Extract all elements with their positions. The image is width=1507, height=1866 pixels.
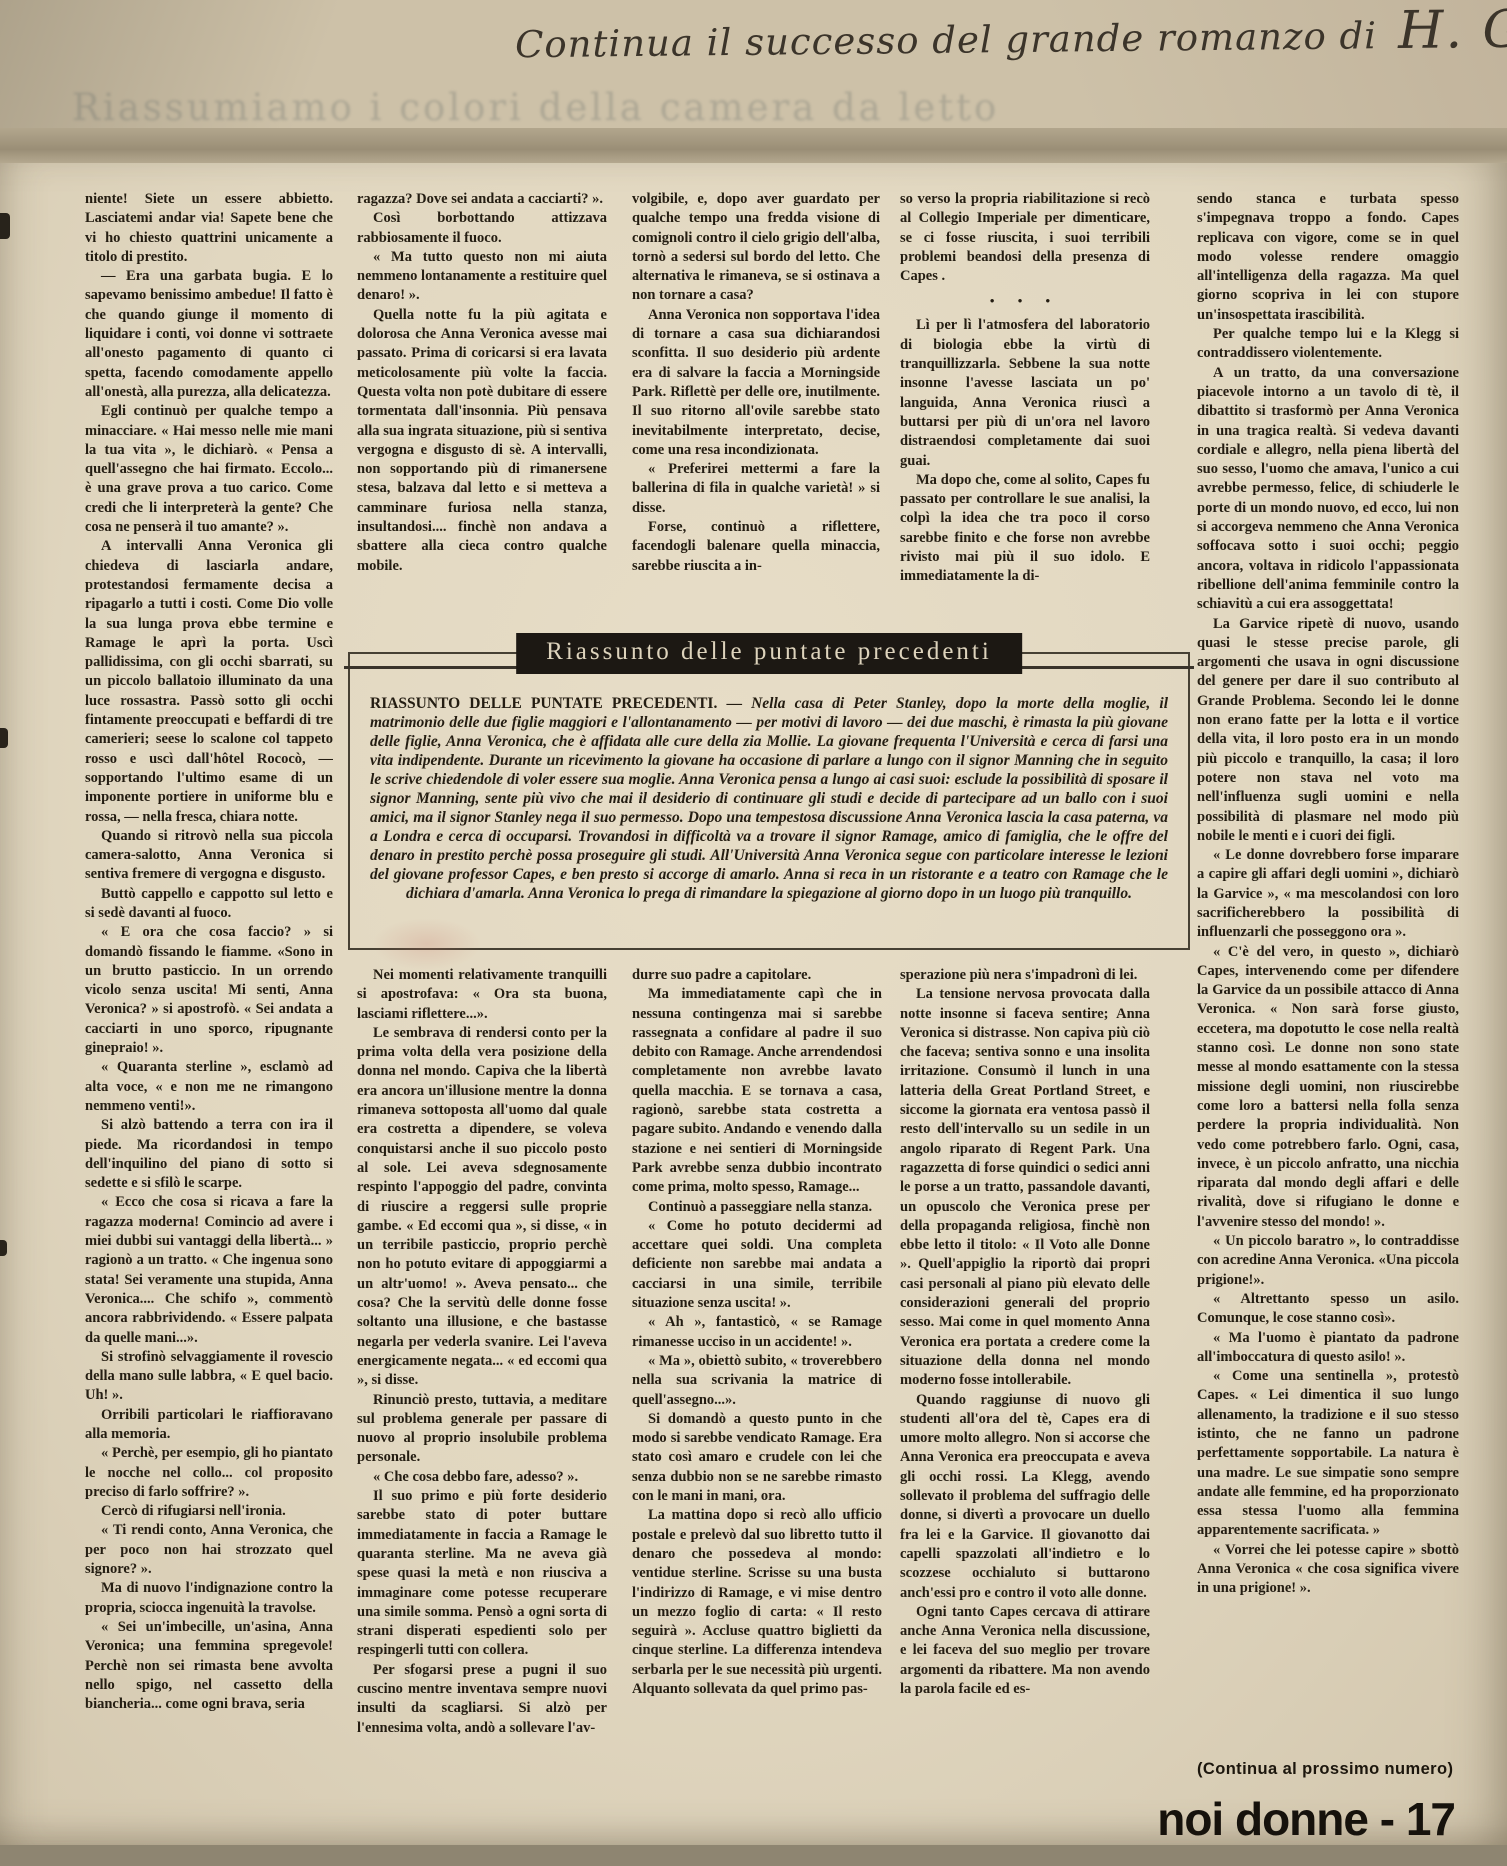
- paragraph: « Ecco che cosa si ricava a fare la raga…: [85, 1193, 333, 1347]
- paragraph: La tensione nervosa provocata dalla nott…: [900, 985, 1150, 1390]
- paragraph: « Sei un'imbecille, un'asina, Anna Veron…: [85, 1618, 333, 1714]
- paragraph: • • •: [900, 286, 1150, 316]
- photo-edge-mark: [0, 728, 8, 748]
- paragraph: Così borbottando attizzava rabbiosamente…: [357, 209, 607, 248]
- magazine-logo-page-number: noi donne - 17: [1157, 1792, 1455, 1846]
- paragraph: « C'è del vero, in questo », dichiarò Ca…: [1197, 943, 1459, 1232]
- text-column-2-lower: Nei momenti relativamente tranquilli si …: [357, 966, 607, 1804]
- paragraph: Ma immediatamente capì che in nessuna co…: [632, 985, 882, 1197]
- paragraph: Per qualche tempo lui e la Klegg si cont…: [1197, 325, 1459, 364]
- paragraph: so verso la propria riabilitazione si re…: [900, 190, 1150, 286]
- summary-lead: RIASSUNTO DELLE PUNTATE PRECEDENTI. —: [370, 695, 751, 712]
- paragraph: « Come una sentinella », protestò Capes.…: [1197, 1367, 1459, 1541]
- paragraph: A un tratto, da una conversazione piacev…: [1197, 364, 1459, 615]
- text-column-2-upper: ragazza? Dove sei andata a cacciarti? ».…: [357, 190, 607, 630]
- paragraph: « Ma », obiettò subito, « troverebbero n…: [632, 1352, 882, 1410]
- paragraph: « Quaranta sterline », esclamò ad alta v…: [85, 1058, 333, 1116]
- paragraph: Continuò a passeggiare nella stanza.: [632, 1198, 882, 1217]
- paragraph: Lì per lì l'atmosfera del laboratorio di…: [900, 316, 1150, 470]
- continuation-notice: (Continua al prossimo numero): [1197, 1760, 1453, 1779]
- script-headline-text: Continua il successo del grande romanzo …: [515, 14, 1377, 66]
- paragraph: Quella notte fu la più agitata e doloros…: [357, 306, 607, 576]
- paragraph: Rinunciò presto, tuttavia, a meditare su…: [357, 1391, 607, 1468]
- photo-edge-mark: [0, 213, 10, 239]
- paragraph: La mattina dopo si recò allo ufficio pos…: [632, 1506, 882, 1699]
- paragraph: Quando raggiunse di nuovo gli studenti a…: [900, 1391, 1150, 1603]
- summary-body: Nella casa di Peter Stanley, dopo la mor…: [370, 695, 1168, 902]
- paragraph: volgibile, e, dopo aver guardato per qua…: [632, 190, 880, 306]
- summary-box-text: RIASSUNTO DELLE PUNTATE PRECEDENTI. — Ne…: [370, 694, 1168, 940]
- paragraph: « Ma l'uomo è piantato da padrone all'im…: [1197, 1329, 1459, 1368]
- paragraph: Forse, continuò a riflettere, facendogli…: [632, 518, 880, 576]
- paragraph: Quando si ritrovò nella sua piccola came…: [85, 827, 333, 885]
- magazine-page: Riassumiamo i colori della camera da let…: [0, 0, 1507, 1866]
- paragraph: Buttò cappello e cappotto sul letto e si…: [85, 885, 333, 924]
- photo-edge-mark: [0, 1240, 7, 1256]
- paragraph: « Ma tutto questo non mi aiuta nemmeno l…: [357, 248, 607, 306]
- text-column-1: niente! Siete un essere abbietto. Lascia…: [85, 190, 333, 1802]
- summary-box: Riassunto delle puntate precedenti RIASS…: [348, 652, 1190, 950]
- paragraph: Si alzò battendo a terra con ira il pied…: [85, 1116, 333, 1193]
- paragraph: « Le donne dovrebbero forse imparare a c…: [1197, 846, 1459, 942]
- paragraph: niente! Siete un essere abbietto. Lascia…: [85, 190, 333, 267]
- paragraph: Egli continuò per qualche tempo a minacc…: [85, 402, 333, 537]
- paragraph: Nei momenti relativamente tranquilli si …: [357, 966, 607, 1024]
- paragraph: La Garvice ripetè di nuovo, usando quasi…: [1197, 615, 1459, 847]
- show-through-ghost-text: Riassumiamo i colori della camera da let…: [72, 86, 1032, 129]
- paragraph: sperazione più nera s'impadronì di lei.: [900, 966, 1150, 985]
- photo-bottom-edge: [0, 1845, 1507, 1866]
- paragraph: ragazza? Dove sei andata a cacciarti? ».: [357, 190, 607, 209]
- paragraph: « Perchè, per esempio, gli ho piantato l…: [85, 1444, 333, 1502]
- summary-box-title: Riassunto delle puntate precedenti: [516, 633, 1022, 674]
- text-column-4-lower: sperazione più nera s'impadronì di lei.L…: [900, 966, 1150, 1804]
- paragraph: durre suo padre a capitolare.: [632, 966, 882, 985]
- paragraph: « Ti rendi conto, Anna Veronica, che per…: [85, 1521, 333, 1579]
- paragraph: Ma dopo che, come al solito, Capes fu pa…: [900, 471, 1150, 587]
- paragraph: Per sfogarsi prese a pugni il suo cuscin…: [357, 1661, 607, 1738]
- paragraph: A intervalli Anna Veronica gli chiedeva …: [85, 537, 333, 826]
- paragraph: — Era una garbata bugia. E lo sapevamo b…: [85, 267, 333, 402]
- author-name: H. G. Wells: [1398, 0, 1507, 61]
- text-column-3-upper: volgibile, e, dopo aver guardato per qua…: [632, 190, 880, 630]
- paragraph: « Vorrei che lei potesse capire » sbottò…: [1197, 1541, 1459, 1599]
- paper-stain: [372, 918, 482, 970]
- paragraph: Ma di nuovo l'indignazione contro la pro…: [85, 1579, 333, 1618]
- page-fold-band: [0, 128, 1507, 164]
- paragraph: « Altrettanto spesso un asilo. Comunque,…: [1197, 1290, 1459, 1329]
- paragraph: sendo stanca e turbata spesso s'impegnav…: [1197, 190, 1459, 325]
- paragraph: Ogni tanto Capes cercava di attirare anc…: [900, 1603, 1150, 1699]
- paragraph: Il suo primo e più forte desiderio sareb…: [357, 1487, 607, 1661]
- paragraph: « Un piccolo baratro », lo contraddisse …: [1197, 1232, 1459, 1290]
- paragraph: « Che cosa debbo fare, adesso? ».: [357, 1468, 607, 1487]
- paragraph: Si domandò a questo punto in che modo si…: [632, 1410, 882, 1506]
- paragraph: Anna Veronica non sopportava l'idea di t…: [632, 306, 880, 460]
- paragraph: « E ora che cosa faccio? » si domandò fi…: [85, 923, 333, 1058]
- script-headline: Continua il successo del grande romanzo …: [515, 0, 1507, 70]
- paragraph: « Come ho potuto decidermi ad accettare …: [632, 1217, 882, 1313]
- paragraph: Si strofinò selvaggiamente il rovescio d…: [85, 1348, 333, 1406]
- paragraph: Le sembrava di rendersi conto per la pri…: [357, 1024, 607, 1391]
- paragraph: « Ah », fantasticò, « se Ramage rimaness…: [632, 1313, 882, 1352]
- paragraph: « Preferirei mettermi a fare la ballerin…: [632, 460, 880, 518]
- text-column-5: sendo stanca e turbata spesso s'impegnav…: [1197, 190, 1459, 1738]
- text-column-4-upper: so verso la propria riabilitazione si re…: [900, 190, 1150, 630]
- paragraph: Orribili particolari le riaffioravano al…: [85, 1406, 333, 1445]
- text-column-3-lower: durre suo padre a capitolare.Ma immediat…: [632, 966, 882, 1804]
- paragraph: Cercò di rifugiarsi nell'ironia.: [85, 1502, 333, 1521]
